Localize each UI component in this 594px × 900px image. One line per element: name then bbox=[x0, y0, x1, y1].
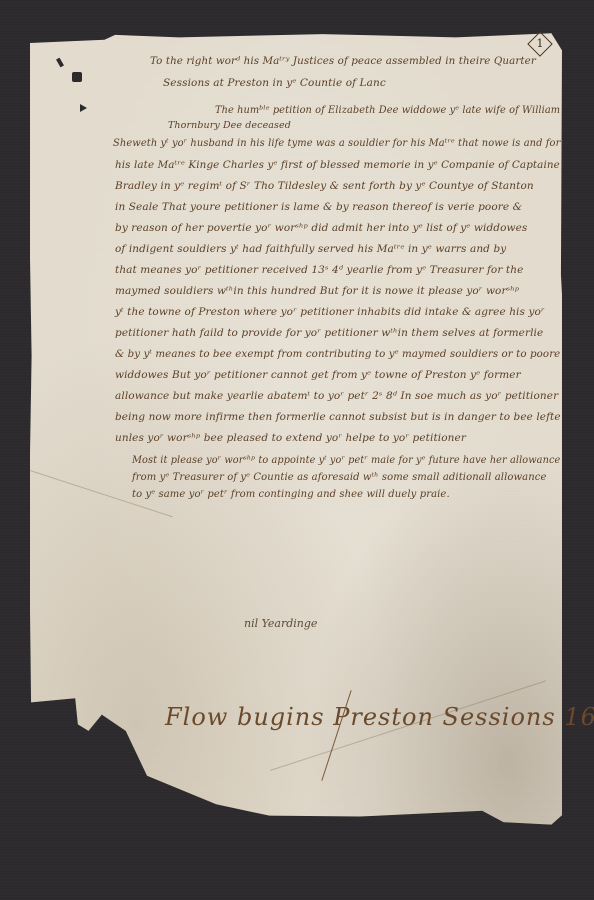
marginal-note: nil Yeardinge bbox=[244, 617, 317, 630]
body-line-3: his late Maᵗʳᵉ Kinge Charles yᵉ first of… bbox=[115, 159, 560, 171]
body-line-4: Bradley in yᵉ regimᵗ of Sʳ Tho Tildesley… bbox=[115, 180, 534, 192]
body-line-2: Sheweth yᵗ yoʳ husband in his life tyme … bbox=[113, 137, 560, 149]
heading-line-1: To the right worᵈ his Maᵗʳʸ Justices of … bbox=[150, 55, 536, 67]
body-line-7: of indigent souldiers yᵗ had faithfully … bbox=[115, 243, 506, 255]
body-line-6: by reason of her povertie yoʳ worˢʰᵖ did… bbox=[115, 222, 527, 234]
body-line-14: allowance but make yearlie abatemᵗ to yo… bbox=[115, 390, 558, 402]
prayer-line-2: from yᵉ Treasurer of yᵉ Countie as afore… bbox=[132, 472, 546, 483]
body-line-16: unles yoʳ worˢʰᵖ bee pleased to extend y… bbox=[115, 432, 466, 444]
worm-hole bbox=[56, 58, 64, 68]
body-line-8: that meanes yoʳ petitioner received 13ˢ … bbox=[115, 264, 523, 276]
body-line-13: widdowes But yoʳ petitioner cannot get f… bbox=[115, 369, 521, 381]
worm-hole bbox=[80, 104, 87, 112]
petitioner-address: The humᵇˡᵉ petition of Elizabeth Dee wid… bbox=[215, 104, 560, 116]
worm-hole bbox=[72, 72, 82, 82]
body-line-9: maymed souldiers wᵗʰin this hundred But … bbox=[115, 285, 519, 297]
body-line-5: in Seale That youre petitioner is lame &… bbox=[115, 201, 522, 213]
prayer-line-1: Most it please yoʳ worˢʰᵖ to appointe yᵗ… bbox=[132, 455, 560, 466]
body-line-1: Thornbury Dee deceased bbox=[168, 120, 291, 131]
body-line-11: petitioner hath faild to provide for yoʳ… bbox=[115, 327, 543, 339]
folio-number: 1 bbox=[532, 36, 548, 52]
body-line-12: & by yᵗ meanes to bee exempt from contri… bbox=[115, 348, 560, 360]
endorsement: Flow bugins Preston Sessions 1678 bbox=[165, 703, 594, 731]
body-line-15: being now more infirme then formerlie ca… bbox=[115, 411, 561, 423]
prayer-line-3: to yᵉ same yoʳ petʳ from continging and … bbox=[132, 489, 450, 500]
heading-line-2: Sessions at Preston in yᵉ Countie of Lan… bbox=[163, 77, 386, 89]
body-line-10: yᵗ the towne of Preston where yoʳ petiti… bbox=[115, 306, 545, 318]
